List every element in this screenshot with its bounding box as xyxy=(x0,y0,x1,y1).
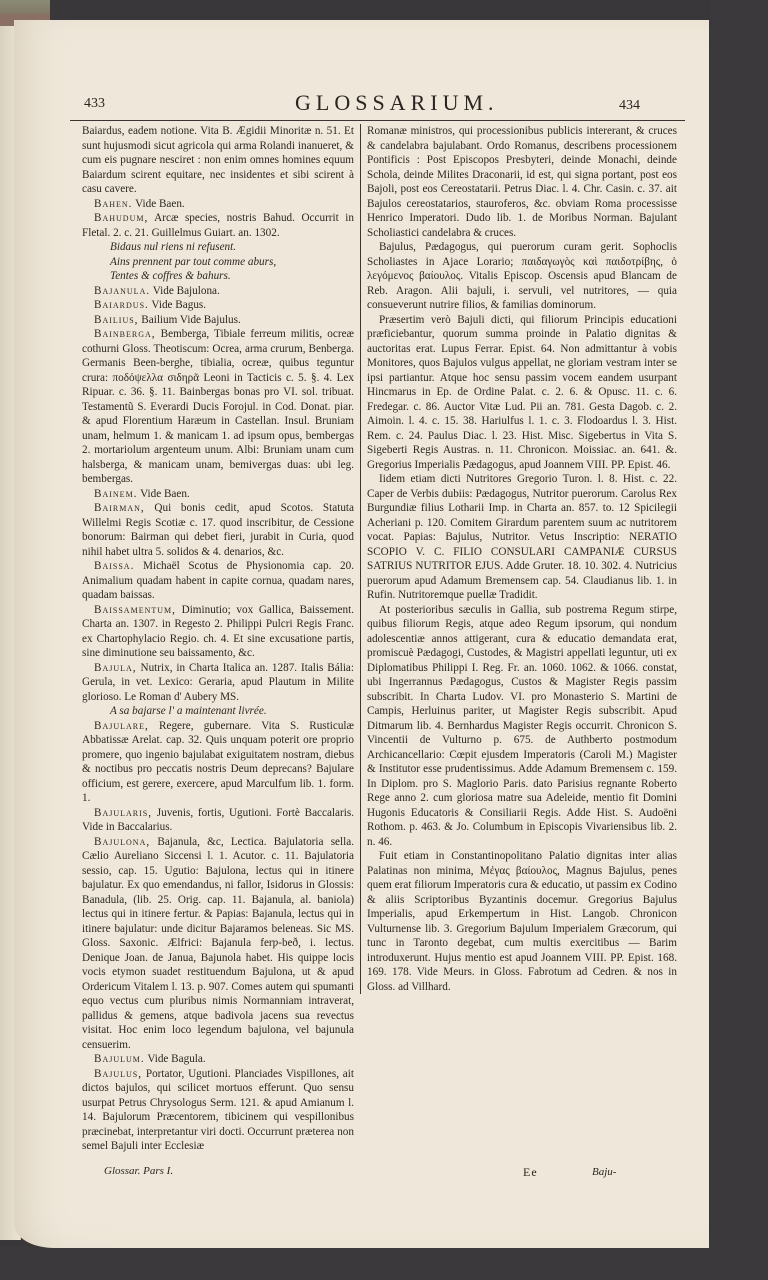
verse-line: Bidaus nul riens ni refusent. xyxy=(82,240,354,255)
paragraph: Iidem etiam dicti Nutritores Gregorio Tu… xyxy=(367,472,677,603)
verse-line: Ains prennent par tout comme aburs, xyxy=(82,255,354,270)
entry-headword: Bailius, xyxy=(94,314,138,326)
entry-headword: Baissamentum, xyxy=(94,604,176,616)
entry-headword: Bahudum, xyxy=(94,212,148,224)
entry-headword: Bajula, xyxy=(94,662,137,674)
entry-headword: Bainem. xyxy=(94,488,137,500)
entry-text: Bemberga, Tibiale ferreum militis, ocreæ… xyxy=(82,328,354,485)
entry-headword: Baiardus. xyxy=(94,299,149,311)
paragraph: Præsertim verò Bajuli dicti, qui filioru… xyxy=(367,313,677,473)
paragraph: Romanæ ministros, qui processionibus pub… xyxy=(367,124,677,240)
right-column: Romanæ ministros, qui processionibus pub… xyxy=(360,124,677,994)
glossary-entry: Bajulona, Bajanula, &c, Lectica. Bajulat… xyxy=(82,835,354,1053)
gathering-mark: Ee xyxy=(523,1165,538,1180)
paragraph: Bajulus, Pædagogus, qui puerorum curam g… xyxy=(367,240,677,313)
entry-headword: Bairman, xyxy=(94,502,145,514)
entry-text: Bajanula, &c, Lectica. Bajulatoria sella… xyxy=(82,836,354,1051)
verse-line: A sa bajarse l' a maintenant livrée. xyxy=(82,704,354,719)
glossary-entry: Bainem. Vide Baen. xyxy=(82,487,354,502)
glossary-entry: Bajularis, Juvenis, fortis, Ugutioni. Fo… xyxy=(82,806,354,835)
glossary-entry: Baissa. Michaël Scotus de Physionomia ca… xyxy=(82,559,354,603)
dark-background-right xyxy=(710,0,768,1280)
entry-headword: Bajanula. xyxy=(94,285,150,297)
dark-background-bottom xyxy=(0,1246,768,1280)
glossary-entry: Baissamentum, Diminutio; vox Gallica, Ba… xyxy=(82,603,354,661)
page-number-left: 433 xyxy=(84,96,105,112)
entry-headword: Bajulum. xyxy=(94,1053,145,1065)
header-rule xyxy=(70,120,685,121)
glossary-entry: Bahen. Vide Baen. xyxy=(82,197,354,212)
paragraph: Fuit etiam in Constantinopolitano Palati… xyxy=(367,849,677,994)
running-title: GLOSSARIUM. xyxy=(295,90,499,116)
catchword: Baju- xyxy=(592,1166,616,1178)
glossary-entry: Bajulare, Regere, gubernare. Vita S. Rus… xyxy=(82,719,354,806)
entry-headword: Bajularis, xyxy=(94,807,152,819)
glossary-entry: Bajulum. Vide Bagula. xyxy=(82,1052,354,1067)
entry-headword: Bahen. xyxy=(94,198,132,210)
glossary-entry: Bairman, Qui bonis cedit, apud Scotos. S… xyxy=(82,501,354,559)
left-column: Baiardus, eadem notione. Vita B. Ægidii … xyxy=(82,124,354,1154)
paragraph: At posterioribus sæculis in Gallia, sub … xyxy=(367,603,677,850)
entry-headword: Baissa. xyxy=(94,560,134,572)
book-page: 433 GLOSSARIUM. 434 Baiardus, eadem noti… xyxy=(14,20,709,1248)
glossary-entry: Bajanula. Vide Bajulona. xyxy=(82,284,354,299)
page-number-right: 434 xyxy=(619,98,640,114)
entry-headword: Bajulare, xyxy=(94,720,149,732)
verse-line: Tentes & coffres & bahurs. xyxy=(82,269,354,284)
entry-text: Vide Baen. xyxy=(132,198,184,210)
glossary-entry: Baiardus. Vide Bagus. xyxy=(82,298,354,313)
page-header: 433 GLOSSARIUM. 434 xyxy=(70,66,680,96)
signature-mark: Glossar. Pars I. xyxy=(104,1165,173,1177)
glossary-entry: Bajulus, Portator, Ugutioni. Planciades … xyxy=(82,1067,354,1154)
entry-text: Regere, gubernare. Vita S. Rusticulæ Abb… xyxy=(82,720,354,805)
entry-text: Portator, Ugutioni. Planciades Vispillon… xyxy=(82,1068,354,1153)
glossary-entry: Bajula, Nutrix, in Charta Italica an. 12… xyxy=(82,661,354,705)
entry-headword: Bainberga, xyxy=(94,328,156,340)
entry-text: Vide Baen. xyxy=(137,488,189,500)
entry-text: Vide Bajulona. xyxy=(150,285,220,297)
entry-text: Vide Bagus. xyxy=(149,299,206,311)
glossary-entry: Bainberga, Bemberga, Tibiale ferreum mil… xyxy=(82,327,354,487)
glossary-entry: Bahudum, Arcæ species, nostris Bahud. Oc… xyxy=(82,211,354,240)
entry-text: Bailium Vide Bajulus. xyxy=(138,314,240,326)
paragraph: Baiardus, eadem notione. Vita B. Ægidii … xyxy=(82,124,354,197)
entry-headword: Bajulus, xyxy=(94,1068,142,1080)
entry-text: Vide Bagula. xyxy=(145,1053,206,1065)
entry-headword: Bajulona, xyxy=(94,836,150,848)
glossary-entry: Bailius, Bailium Vide Bajulus. xyxy=(82,313,354,328)
